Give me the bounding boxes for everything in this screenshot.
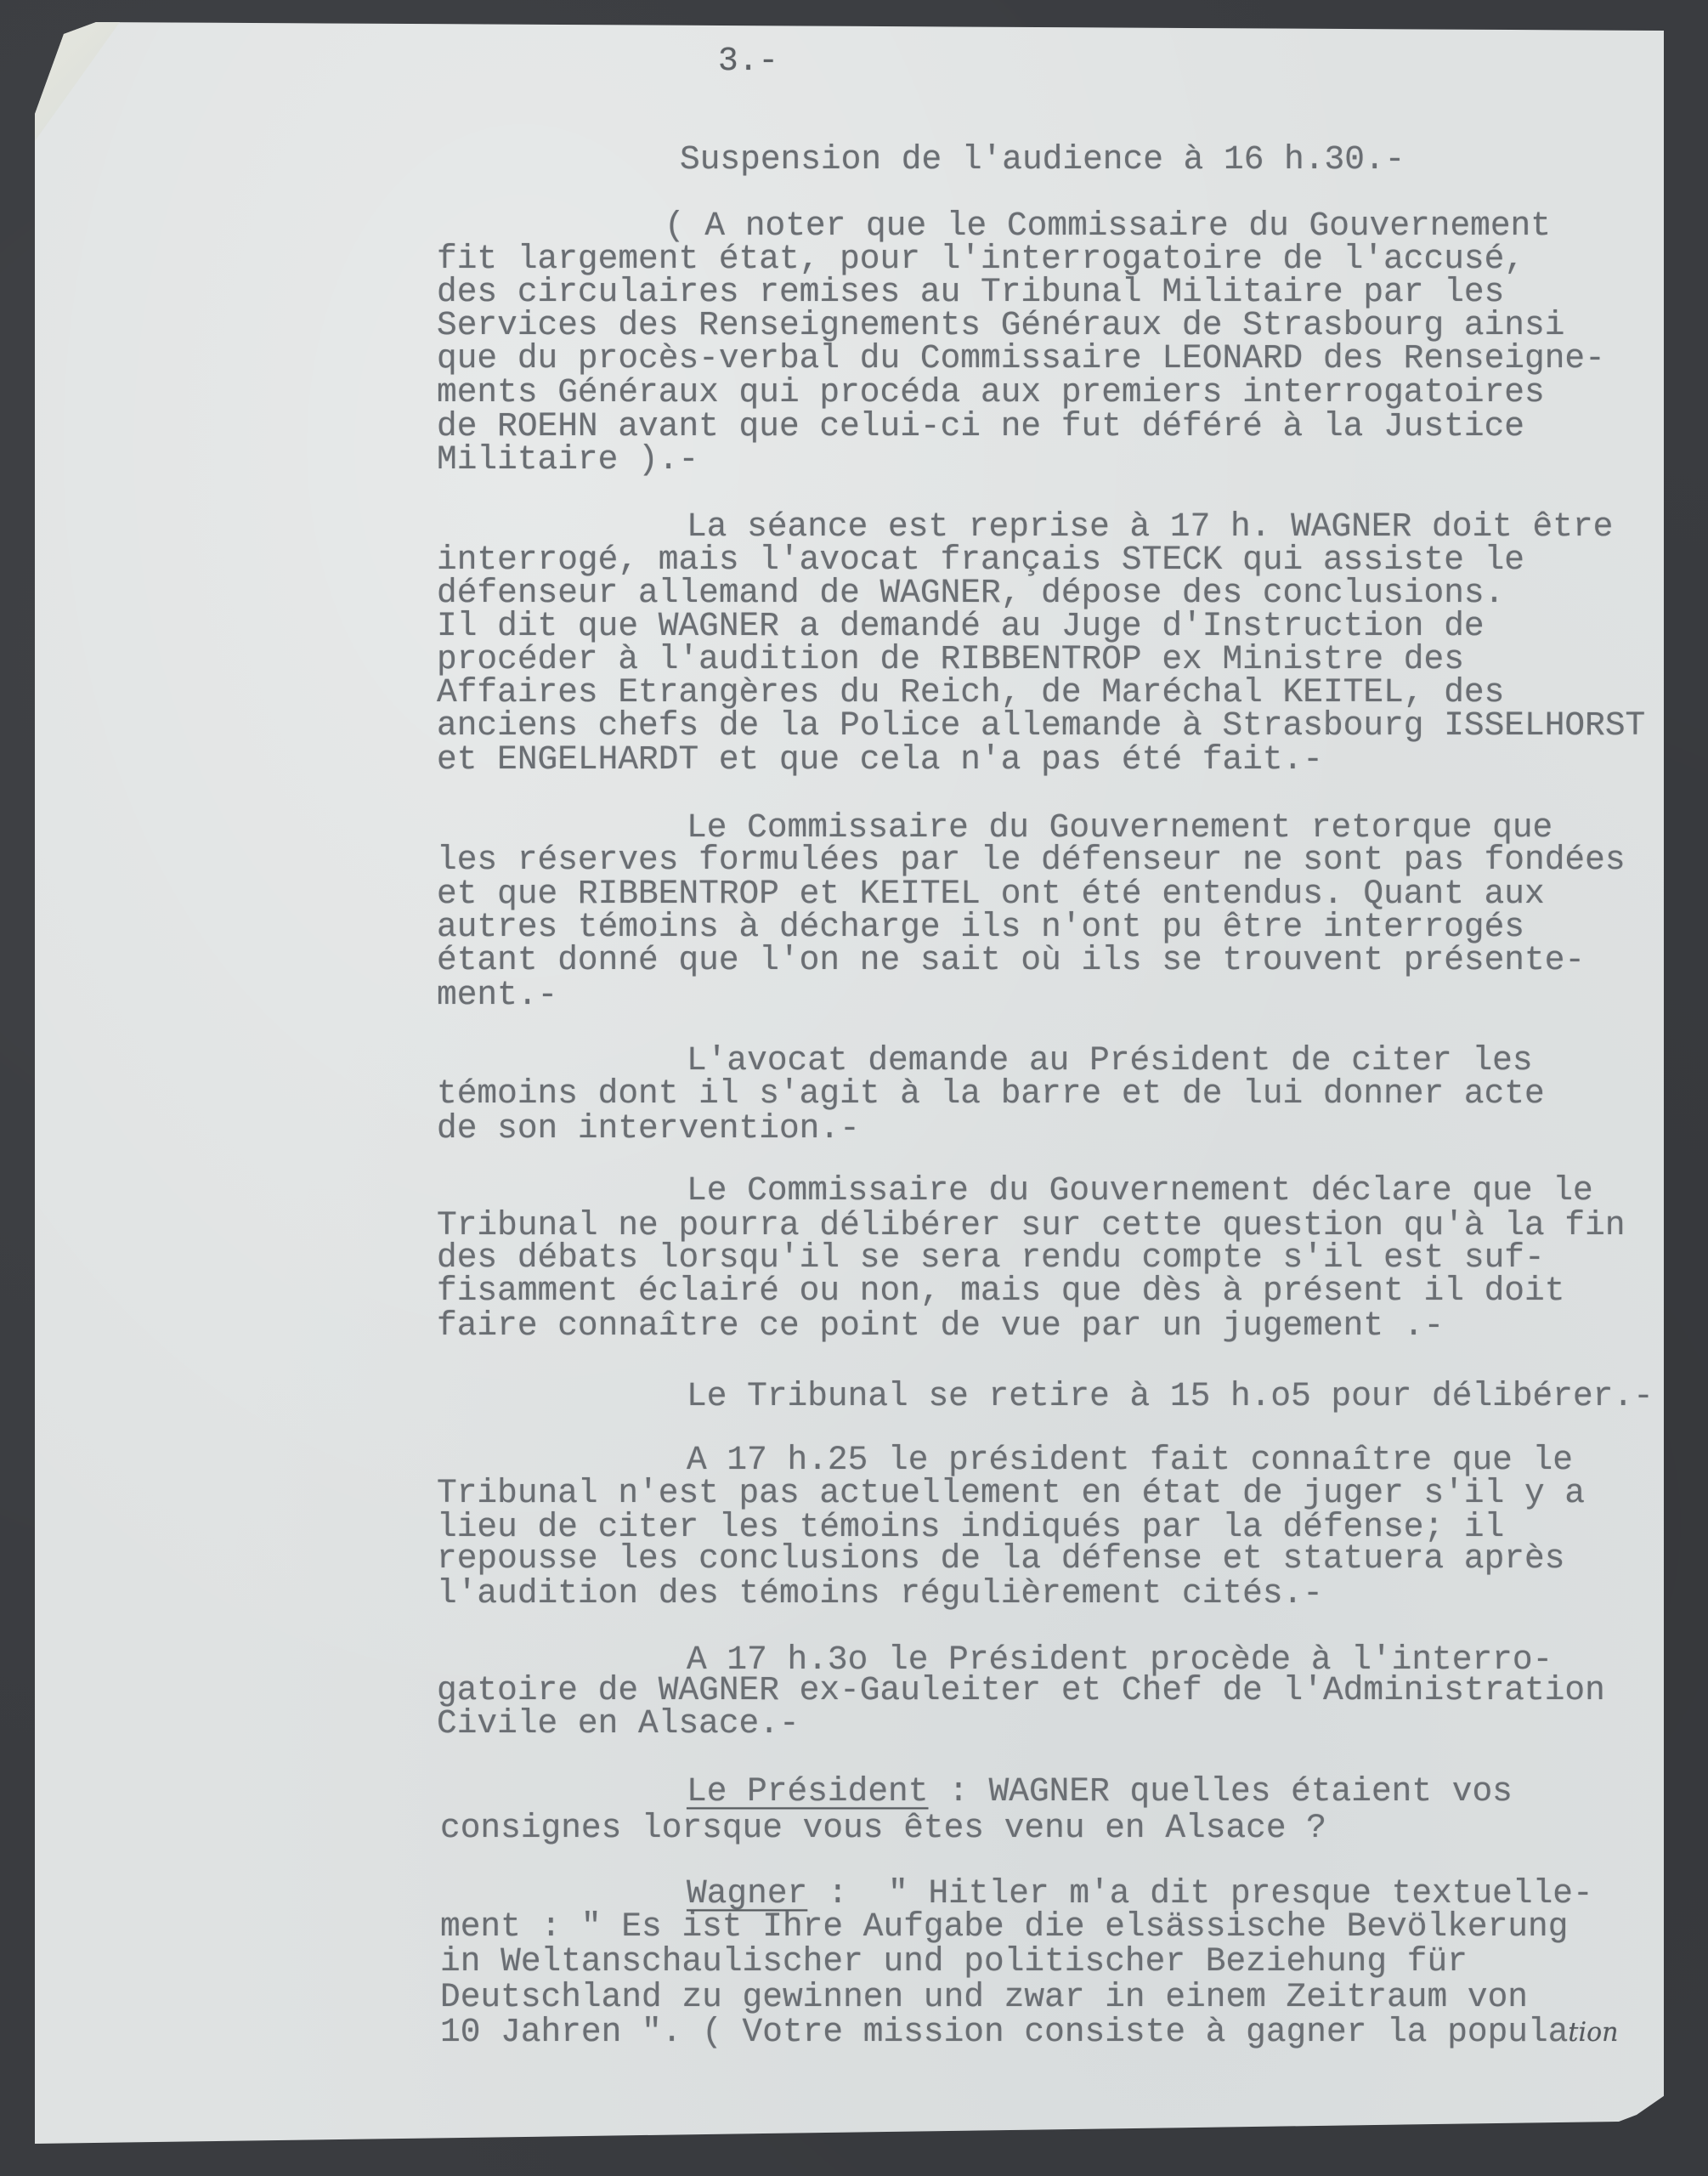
- paragraph-line: Civile en Alsace.-: [437, 1707, 800, 1742]
- paragraph-line: procéder à l'audition de RIBBENTROP ex M…: [437, 643, 1464, 677]
- paragraph-line: repousse les conclusions de la défense e…: [437, 1542, 1564, 1577]
- paragraph-line: gatoire de WAGNER ex-Gauleiter et Chef d…: [437, 1674, 1605, 1708]
- paragraph-line: faire connaître ce point de vue par un j…: [437, 1309, 1444, 1344]
- dialogue-line: Le Président : WAGNER quelles étaient vo…: [687, 1775, 1513, 1810]
- paragraph-line: ments Généraux qui procéda aux premiers …: [437, 376, 1545, 411]
- paragraph-line: de son intervention.-: [437, 1112, 860, 1147]
- section-heading: Suspension de l'audience à 16 h.30.-: [680, 143, 1405, 178]
- paragraph-line: Deutschland zu gewinnen und zwar in eine…: [440, 1980, 1528, 2015]
- paragraph-line: fisamment éclairé ou non, mais que dès à…: [437, 1274, 1564, 1309]
- paragraph-line: Affaires Etrangères du Reich, de Marécha…: [437, 676, 1504, 711]
- speaker-label: Le Président: [687, 1772, 928, 1811]
- paragraph-line: témoins dont il s'agit à la barre et de …: [437, 1077, 1545, 1112]
- paragraph-line: consignes lorsque vous êtes venu en Alsa…: [440, 1811, 1326, 1846]
- handwritten-correction: tion: [1568, 2018, 1618, 2048]
- paragraph-line: et ENGELHARDT et que cela n'a pas été fa…: [437, 743, 1323, 778]
- paragraph-line: Le Commissaire du Gouvernement déclare q…: [687, 1174, 1593, 1209]
- paragraph-line: Services des Renseignements Généraux de …: [437, 309, 1564, 343]
- paragraph-line: autres témoins à décharge ils n'ont pu ê…: [437, 910, 1524, 945]
- paragraph-line: et que RIBBENTROP et KEITEL ont été ente…: [437, 877, 1545, 912]
- paragraph-line: de ROEHN avant que celui-ci ne fut défér…: [437, 410, 1524, 445]
- paragraph-line: Le Tribunal se retire à 15 h.o5 pour dél…: [687, 1380, 1654, 1414]
- paragraph-line: in Weltanschaulischer und politischer Be…: [440, 1945, 1468, 1980]
- paragraph-line: Il dit que WAGNER a demandé au Juge d'In…: [437, 609, 1485, 644]
- paragraph-line: 10 Jahren ". ( Votre mission consiste à …: [440, 2015, 1618, 2051]
- paragraph-line: les réserves formulées par le défenseur …: [437, 843, 1626, 878]
- paragraph-line: anciens chefs de la Police allemande à S…: [437, 709, 1645, 744]
- paragraph-line: Militaire ).-: [437, 443, 698, 478]
- paragraph-line: fit largement état, pour l'interrogatoir…: [437, 242, 1524, 277]
- line-text: 10 Jahren ". ( Votre mission consiste à …: [440, 2013, 1568, 2052]
- paragraph-line: A 17 h.25 le président fait connaître qu…: [687, 1443, 1573, 1478]
- dialogue-text: : WAGNER quelles étaient vos: [928, 1772, 1512, 1811]
- paragraph-line: des circulaires remises au Tribunal Mili…: [437, 275, 1504, 310]
- page-number: 3.-: [718, 44, 778, 79]
- dialogue-line: Wagner : " Hitler m'a dit presque textue…: [687, 1877, 1593, 1912]
- paragraph-line: des débats lorsqu'il se sera rendu compt…: [437, 1241, 1545, 1276]
- paragraph-line: étant donné que l'on ne sait où ils se t…: [437, 943, 1585, 978]
- paragraph-line: Tribunal n'est pas actuellement en état …: [437, 1476, 1585, 1511]
- paragraph-line: L'avocat demande au Président de citer l…: [687, 1044, 1533, 1079]
- paragraph-line: que du procès-verbal du Commissaire LEON…: [437, 342, 1605, 377]
- paragraph-line: ment.-: [437, 978, 557, 1013]
- paragraph-line: La séance est reprise à 17 h. WAGNER doi…: [687, 510, 1613, 545]
- paragraph-line: l'audition des témoins régulièrement cit…: [437, 1577, 1323, 1612]
- paragraph-line: ment : " Es ist Ihre Aufgabe die elsässi…: [440, 1910, 1568, 1945]
- paragraph-line: interrogé, mais l'avocat français STECK …: [437, 543, 1524, 578]
- paragraph-line: défenseur allemand de WAGNER, dépose des…: [437, 576, 1504, 611]
- paragraph-line: ( A noter que le Commissaire du Gouverne…: [665, 209, 1551, 244]
